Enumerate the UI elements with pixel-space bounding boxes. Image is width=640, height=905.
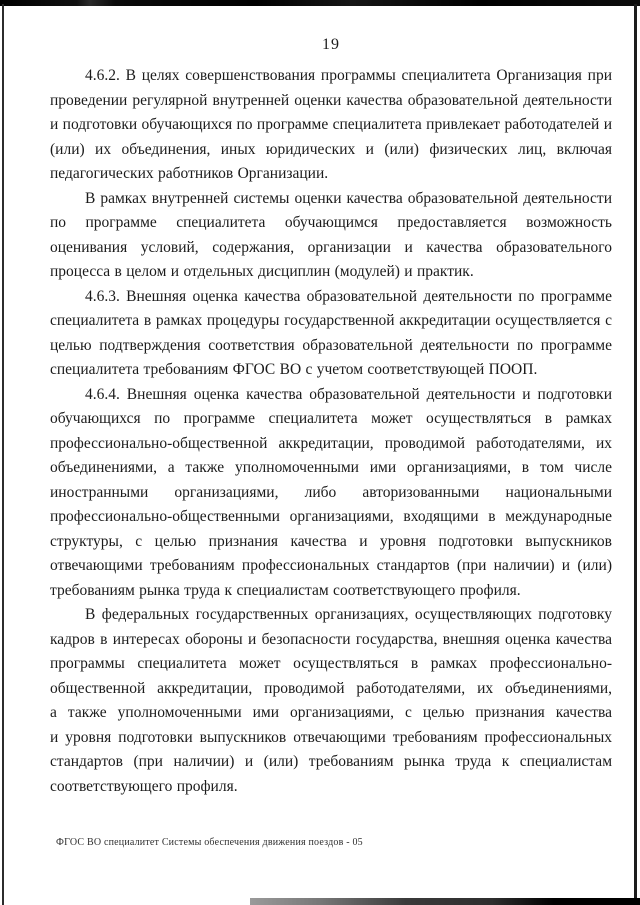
text-line: кадров в интересах обороны и безопасност… <box>50 628 612 653</box>
text-line: профессионально-общественными организаци… <box>50 505 612 530</box>
footer-document-code: ФГОС ВО специалитет Системы обеспечения … <box>56 837 363 848</box>
scan-edge-bottom <box>250 898 640 905</box>
text-line: отвечающими требованиям профессиональных… <box>50 554 612 579</box>
text-line: 4.6.4. Внешняя оценка качества образоват… <box>50 383 612 408</box>
text-line: целью подтверждения соответствия образов… <box>50 334 612 359</box>
text-line: оценивания условий, содержания, организа… <box>50 236 612 261</box>
scan-edge-right <box>634 4 637 905</box>
text-line: стандартов (при наличии) и (или) требова… <box>50 750 612 775</box>
text-line: профессионально-общественной аккредитаци… <box>50 432 612 457</box>
text-line: В федеральных государственных организаци… <box>50 603 612 628</box>
scanned-document-page: 19 4.6.2. В целях совершенствования прог… <box>0 0 640 905</box>
text-line: общественной аккредитации, проводимой ра… <box>50 677 612 702</box>
text-line: по программе специалитета обучающимся пр… <box>50 211 612 236</box>
text-line: и уровня подготовки выпускников отвечающ… <box>50 726 612 751</box>
scan-edge-left <box>2 4 4 905</box>
text-line: проведении регулярной внутренней оценки … <box>50 89 612 114</box>
text-line: В рамках внутренней системы оценки качес… <box>50 187 612 212</box>
text-line: и подготовки обучающихся по программе сп… <box>50 113 612 138</box>
text-line: требованиям рынка труда к специалистам с… <box>50 579 612 604</box>
text-line: специалитета требованиям ФГОС ВО с учето… <box>50 358 612 383</box>
page-number: 19 <box>50 36 612 54</box>
text-line: 4.6.3. Внешняя оценка качества образоват… <box>50 285 612 310</box>
scan-edge-top <box>0 0 640 6</box>
text-line: процесса в целом и отдельных дисциплин (… <box>50 260 612 285</box>
text-line: 4.6.2. В целях совершенствования програм… <box>50 64 612 89</box>
text-line: иностранными организациями, либо авториз… <box>50 481 612 506</box>
text-line: специалитета в рамках процедуры государс… <box>50 309 612 334</box>
text-line: а также уполномоченными ими организациям… <box>50 701 612 726</box>
text-line: соответствующего профиля. <box>50 775 612 800</box>
text-line: программы специалитета может осуществлят… <box>50 652 612 677</box>
text-line: педагогических работников Организации. <box>50 162 612 187</box>
text-line: (или) их объединения, иных юридических и… <box>50 138 612 163</box>
text-line: структуры, с целью признания качества и … <box>50 530 612 555</box>
text-line: объединениями, а также уполномоченными и… <box>50 456 612 481</box>
text-line: обучающихся по программе специалитета мо… <box>50 407 612 432</box>
document-body: 4.6.2. В целях совершенствования програм… <box>50 64 612 799</box>
